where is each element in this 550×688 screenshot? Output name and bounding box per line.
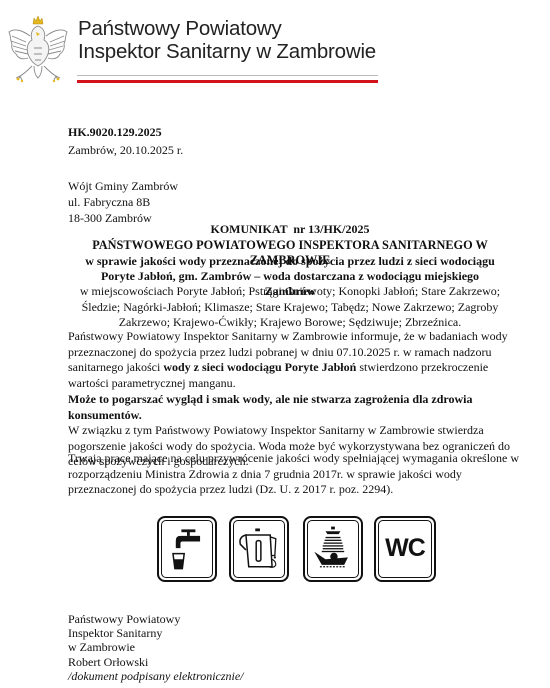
signature-line: Państwowy Powiatowy: [68, 612, 244, 626]
kettle-cooking-icon: [229, 516, 289, 582]
institution-name-line1: Państwowy Powiatowy: [78, 17, 376, 40]
recipient-line: ul. Fabryczna 8B: [68, 194, 178, 210]
electronic-signature-note: /dokument podpisany elektronicznie/: [68, 669, 244, 683]
paragraph-remediation: Trwają prace mające na celu przywrócenie…: [68, 451, 528, 498]
recipient-address: Wójt Gminy Zambrów ul. Fabryczna 8B 18-3…: [68, 178, 178, 226]
signature-line: Inspektor Sanitarny: [68, 626, 244, 640]
communique-localities: w miejscowościach Poryte Jabłoń; Pstrągi…: [66, 284, 514, 331]
wc-label: WC: [376, 534, 434, 563]
signatory-name: Robert Orłowski: [68, 655, 244, 669]
findings-bold: wody z sieci wodociągu Poryte Jabłoń: [163, 360, 356, 374]
header-divider-red: [77, 80, 378, 83]
document-reference: HK.9020.129.2025: [68, 125, 162, 140]
place-and-date: Zambrów, 20.10.2025 r.: [68, 143, 183, 158]
signature-line: w Zambrowie: [68, 640, 244, 654]
letterhead: Państwowy Powiatowy Inspektor Sanitarny …: [0, 0, 550, 95]
communique-title-text: KOMUNIKAT nr 13/HK/2025: [210, 222, 369, 236]
assessment-bold: Może to pogarszać wygląd i smak wody, al…: [68, 392, 528, 423]
polish-eagle-emblem-icon: [6, 12, 70, 84]
shower-bath-icon: [303, 516, 363, 582]
paragraph-findings: Państwowy Powiatowy Inspektor Sanitarny …: [68, 329, 528, 391]
institution-name: Państwowy Powiatowy Inspektor Sanitarny …: [78, 17, 376, 63]
institution-name-line2: Inspektor Sanitarny w Zambrowie: [78, 40, 376, 63]
wc-icon: WC: [374, 516, 436, 582]
drinking-water-tap-icon: [157, 516, 217, 582]
signature-block: Państwowy Powiatowy Inspektor Sanitarny …: [68, 612, 244, 683]
header-divider-grey: [77, 75, 378, 76]
recipient-line: Wójt Gminy Zambrów: [68, 178, 178, 194]
communique-title: KOMUNIKAT nr 13/HK/2025: [60, 222, 520, 237]
